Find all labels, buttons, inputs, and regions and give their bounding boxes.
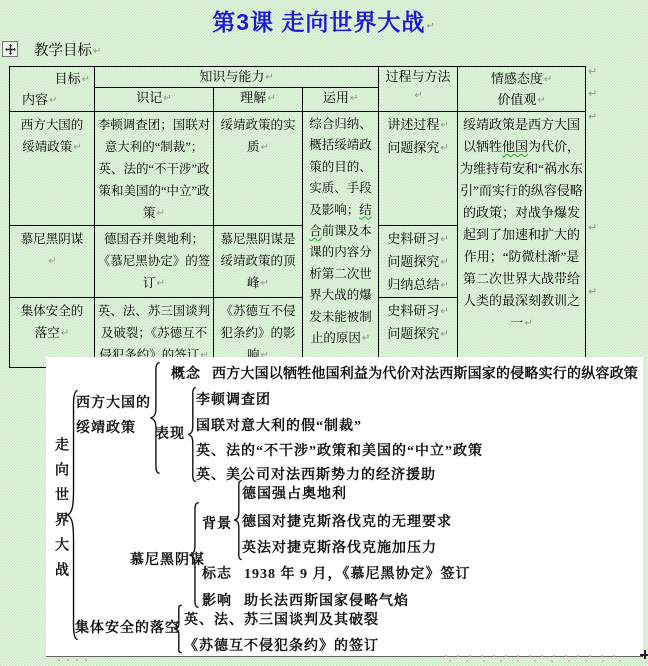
mark-text: 1938 年 9 月，《慕尼黑协定》签订	[244, 563, 471, 583]
header-knowledge-ability: 知识与能力	[95, 67, 379, 88]
concept-key: 概念	[171, 363, 201, 383]
cell-memorize-2: 德国吞并奥地利；《慕尼黑协定》的签订	[95, 226, 214, 298]
header-row-1: 目标 内容 知识与能力 过程与方法 情感态度 价值观	[10, 67, 586, 88]
background-key: 背景	[202, 513, 232, 533]
table-row-appeasement: 西方大国的绥靖政策 李顿调查团；国联对意大利的“制裁”；英、法的“不干涉”政策和…	[10, 112, 586, 226]
resize-handle-icon[interactable]	[640, 650, 648, 660]
header-memorize: 识记	[95, 88, 214, 112]
paragraph-mark: ↵	[588, 221, 597, 234]
header-understand: 理解	[214, 88, 303, 112]
paragraph-mark: ↵	[588, 110, 597, 123]
section-label: 教学目标	[34, 39, 101, 60]
structure-diagram: 走向世界大战 西方大国的绥靖政策 概念 西方大国以牺牲他国利益为代价对法西斯国家…	[46, 357, 643, 657]
cell-apply-merged: 综合归纳、概括绥靖政策的目的、实质、手段及影响；结合前课及本课的内容分析第二次世…	[303, 112, 379, 368]
table-move-handle-icon[interactable]	[2, 41, 18, 57]
background-item: 德国对捷克斯洛伐克的无理要求	[242, 511, 452, 531]
section-label-text: 教学目标	[34, 43, 101, 59]
cell-memorize-1: 李顿调查团；国联对意大利的“制裁”；英、法的“不干涉”政策和美国的“中立”政策	[95, 112, 214, 226]
collective-item: 英、法、苏三国谈判及其破裂	[184, 609, 379, 629]
cell-process-1: 讲述过程 问题探究	[379, 112, 458, 226]
clipped-text-artifact	[58, 659, 94, 663]
cell-understand-1: 绥靖政策的实质	[214, 112, 303, 226]
header-process-method: 过程与方法	[379, 67, 458, 112]
four-arrows-icon	[5, 44, 16, 55]
clipped-text-artifact	[445, 655, 621, 663]
impact-key: 影响	[202, 590, 232, 610]
document-page: 第3课 走向世界大战 教学目标 目标 内容 知识与能力 过程与方法 情感态度 价…	[0, 0, 648, 666]
page-title-text: 第3课 走向世界大战	[212, 9, 436, 35]
performance-item: 国联对意大利的假“制裁”	[196, 415, 362, 435]
background-item: 德国强占奥地利	[242, 483, 347, 503]
concept-text: 西方大国以牺牲他国利益为代价对法西斯国家的侵略实行的纵容政策	[212, 363, 638, 383]
collective-item: 《苏德互不侵犯条约》的签订	[184, 635, 379, 655]
performance-key: 表现	[155, 423, 185, 443]
performance-item: 英、法的“不干涉”政策和美国的“中立”政策	[196, 440, 483, 460]
impact-text: 助长法西斯国家侵略气焰	[244, 590, 409, 610]
branch-munich-label: 慕尼黑阴谋	[130, 549, 205, 569]
cell-emotion-merged: 绥靖政策是西方大国以牺牲他国为代价，为维持苟安和“祸水东引”而实行的纵容侵略的政…	[458, 112, 586, 368]
mark-key: 标志	[202, 563, 232, 583]
header-emotion-values: 情感态度 价值观	[458, 67, 586, 112]
header-content: 内容	[12, 90, 92, 111]
objectives-table: 目标 内容 知识与能力 过程与方法 情感态度 价值观 识记 理解 运用 西方大国…	[9, 66, 586, 368]
header-goal: 目标	[12, 69, 92, 90]
header-goal-content-cell: 目标 内容	[10, 67, 95, 112]
cell-process-2: 史料研习 问题探究 归纳总结	[379, 226, 458, 298]
cell-understand-2: 慕尼黑阴谋是绥靖政策的顶峰	[214, 226, 303, 298]
performance-item: 英、美公司对法西斯势力的经济援助	[196, 464, 436, 484]
header-apply: 运用	[303, 88, 379, 112]
performance-item: 李顿调查团	[196, 389, 271, 409]
paragraph-mark: ↵	[588, 65, 597, 78]
page-title: 第3课 走向世界大战	[0, 4, 648, 37]
background-item: 英法对捷克斯洛伐克施加压力	[242, 537, 437, 557]
branch-appeasement-label: 西方大国的绥靖政策	[76, 391, 154, 441]
cell-content-2: 慕尼黑阴谋	[10, 226, 95, 298]
cell-content-1: 西方大国的绥靖政策	[10, 112, 95, 226]
paragraph-mark: ↵	[588, 87, 597, 100]
branch-collective-label: 集体安全的落空	[75, 617, 180, 637]
paragraph-mark: ↵	[588, 285, 597, 298]
